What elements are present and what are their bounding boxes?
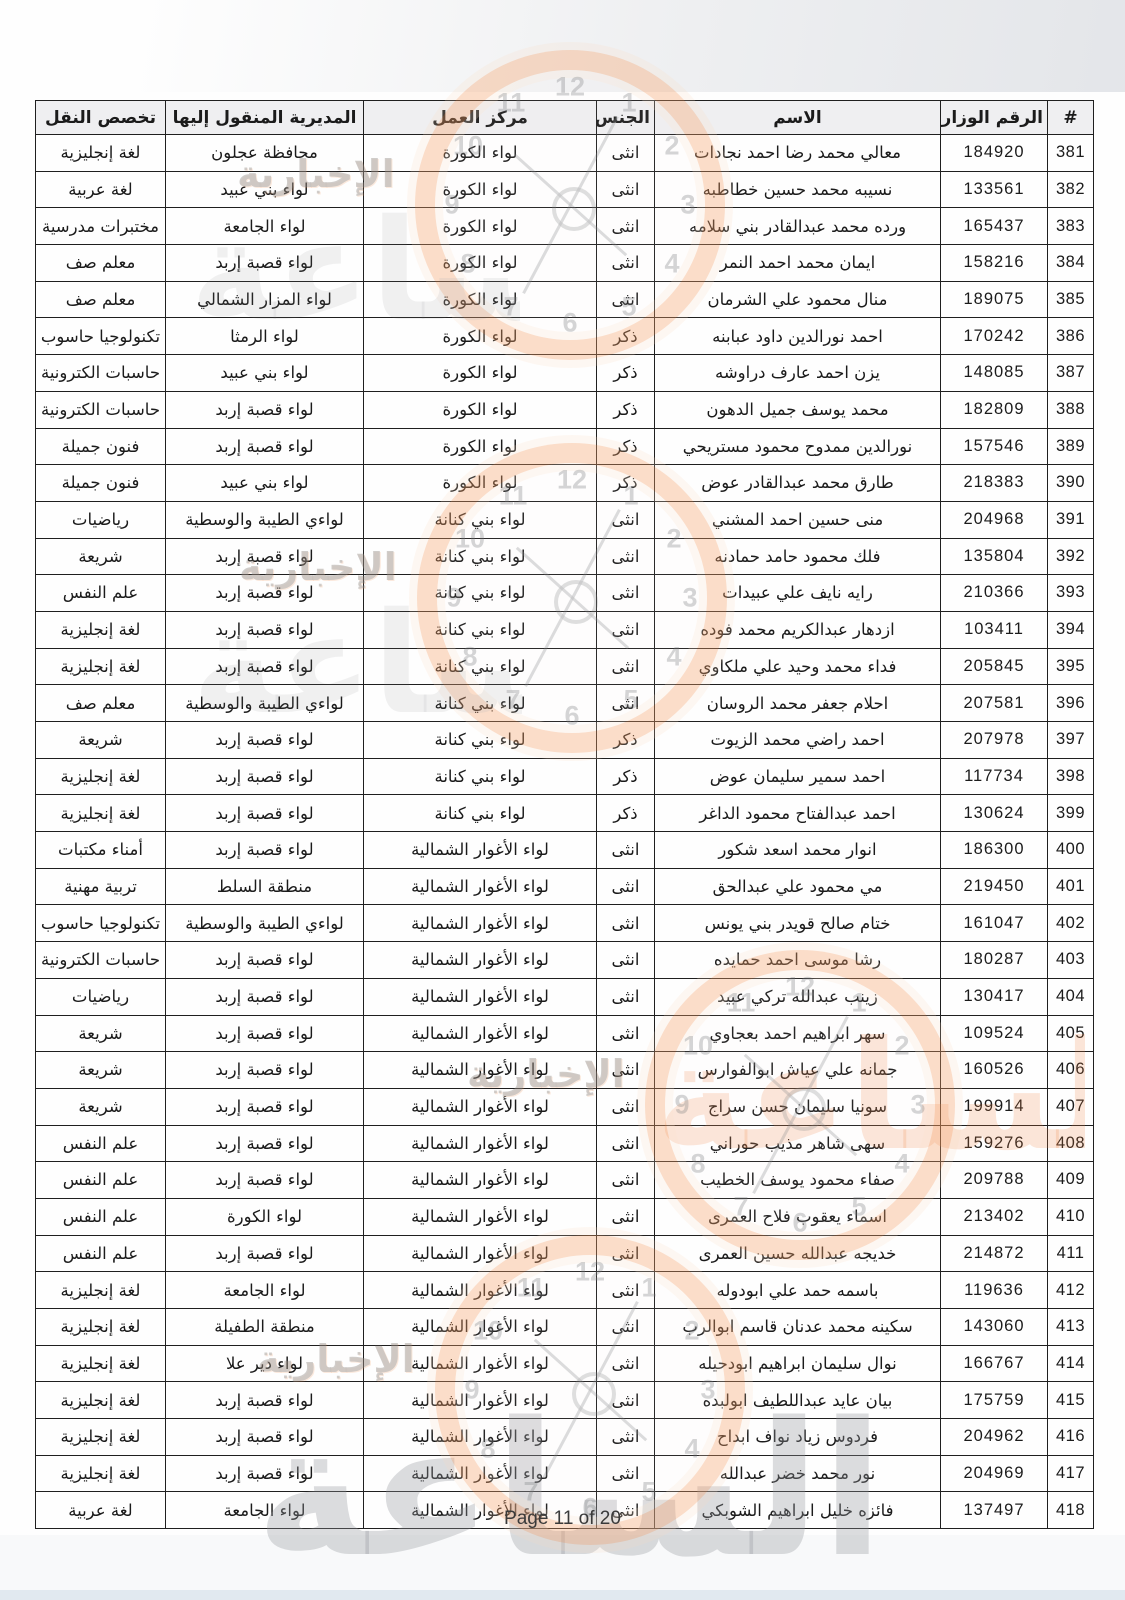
cell-ministry-number: 103411 <box>941 611 1048 648</box>
cell-name: احمد نورالدين داود عبابنه <box>655 318 941 355</box>
cell-work-center: لواء الأغوار الشمالية <box>364 868 597 905</box>
cell-work-center: لواء الأغوار الشمالية <box>364 905 597 942</box>
cell-name: احمد عبدالفتاح محمود الداغر <box>655 795 941 832</box>
cell-specialization: لغة إنجليزية <box>36 1272 166 1309</box>
table-row: 416 204962 فردوس زياد نواف ابداح انثى لو… <box>36 1419 1094 1456</box>
cell-directorate: لواء الجامعة <box>166 208 364 245</box>
header-gender: الجنس <box>597 101 655 135</box>
cell-row-number: 384 <box>1048 245 1094 282</box>
cell-directorate: لواء الكورة <box>166 1198 364 1235</box>
cell-specialization: أمناء مكتبات <box>36 832 166 869</box>
table-row: 389 157546 نورالدين ممدوح محمود مستريحي … <box>36 428 1094 465</box>
cell-work-center: لواء الكورة <box>364 171 597 208</box>
cell-row-number: 398 <box>1048 758 1094 795</box>
table-row: 381 184920 معالي محمد رضا احمد نجادات ان… <box>36 135 1094 172</box>
cell-specialization: لغة إنجليزية <box>36 135 166 172</box>
table-row: 409 209788 صفاء محمود يوسف الخطيب انثى ل… <box>36 1162 1094 1199</box>
table-row: 414 166767 نوال سليمان ابراهيم ابودحيله … <box>36 1345 1094 1382</box>
cell-specialization: شريعة <box>36 1052 166 1089</box>
cell-gender: انثى <box>597 905 655 942</box>
cell-gender: انثى <box>597 1235 655 1272</box>
cell-work-center: لواء بني كنانة <box>364 575 597 612</box>
cell-work-center: لواء الأغوار الشمالية <box>364 1455 597 1492</box>
table-row: 413 143060 سكينه محمد عدنان قاسم ابوالرب… <box>36 1309 1094 1346</box>
cell-row-number: 408 <box>1048 1125 1094 1162</box>
table-row: 415 175759 بيان عايد عبداللطيف ابولبده ا… <box>36 1382 1094 1419</box>
table-row: 396 207581 احلام جعفر محمد الروسان انثى … <box>36 685 1094 722</box>
cell-directorate: لواء قصبة إربد <box>166 1419 364 1456</box>
table-row: 392 135804 فلك محمود حامد حمادنه انثى لو… <box>36 538 1094 575</box>
cell-ministry-number: 209788 <box>941 1162 1048 1199</box>
cell-gender: انثى <box>597 1162 655 1199</box>
cell-directorate: لواء دير علا <box>166 1345 364 1382</box>
table-row: 394 103411 ازدهار عبدالكريم محمد فوده ان… <box>36 611 1094 648</box>
cell-work-center: لواء الأغوار الشمالية <box>364 1088 597 1125</box>
cell-row-number: 394 <box>1048 611 1094 648</box>
cell-directorate: لواءي الطيبة والوسطية <box>166 685 364 722</box>
cell-ministry-number: 143060 <box>941 1309 1048 1346</box>
cell-directorate: لواء قصبة إربد <box>166 1455 364 1492</box>
table-row: 403 180287 رشا موسى احمد حمايده انثى لوا… <box>36 942 1094 979</box>
cell-directorate: لواء قصبة إربد <box>166 722 364 759</box>
cell-work-center: لواء الكورة <box>364 318 597 355</box>
cell-directorate: لواءي الطيبة والوسطية <box>166 905 364 942</box>
cell-ministry-number: 204968 <box>941 501 1048 538</box>
cell-row-number: 413 <box>1048 1309 1094 1346</box>
cell-gender: انثى <box>597 1125 655 1162</box>
cell-directorate: لواء قصبة إربد <box>166 611 364 648</box>
cell-work-center: لواء بني كنانة <box>364 795 597 832</box>
cell-name: معالي محمد رضا احمد نجادات <box>655 135 941 172</box>
cell-gender: انثى <box>597 611 655 648</box>
header-work-center: مركز العمل <box>364 101 597 135</box>
table-row: 393 210366 رايه نايف علي عبيدات انثى لوا… <box>36 575 1094 612</box>
page-number-footer: Page 11 of 20 <box>0 1508 1125 1530</box>
cell-specialization: حاسبات الكترونية <box>36 942 166 979</box>
cell-name: احمد سمير سليمان عوض <box>655 758 941 795</box>
cell-gender: انثى <box>597 135 655 172</box>
cell-row-number: 392 <box>1048 538 1094 575</box>
cell-directorate: لواء قصبة إربد <box>166 978 364 1015</box>
table-row: 391 204968 منى حسين احمد المشني انثى لوا… <box>36 501 1094 538</box>
cell-work-center: لواء الأغوار الشمالية <box>364 1419 597 1456</box>
table-body: 381 184920 معالي محمد رضا احمد نجادات ان… <box>36 135 1094 1529</box>
cell-work-center: لواء الأغوار الشمالية <box>364 1345 597 1382</box>
cell-name: باسمه حمد علي ابودوله <box>655 1272 941 1309</box>
cell-directorate: لواء قصبة إربد <box>166 245 364 282</box>
table-row: 411 214872 خديجه عبدالله حسين العمرى انث… <box>36 1235 1094 1272</box>
cell-specialization: لغة إنجليزية <box>36 1382 166 1419</box>
cell-work-center: لواء بني كنانة <box>364 611 597 648</box>
cell-work-center: لواء الأغوار الشمالية <box>364 1162 597 1199</box>
table-row: 400 186300 انوار محمد اسعد شكور انثى لوا… <box>36 832 1094 869</box>
cell-gender: انثى <box>597 685 655 722</box>
cell-work-center: لواء الأغوار الشمالية <box>364 1015 597 1052</box>
cell-gender: ذكر <box>597 428 655 465</box>
cell-specialization: تكنولوجيا حاسوب <box>36 318 166 355</box>
cell-directorate: لواء قصبة إربد <box>166 538 364 575</box>
cell-gender: ذكر <box>597 318 655 355</box>
cell-name: محمد يوسف جميل الدهون <box>655 391 941 428</box>
cell-gender: انثى <box>597 208 655 245</box>
cell-row-number: 383 <box>1048 208 1094 245</box>
cell-name: خديجه عبدالله حسين العمرى <box>655 1235 941 1272</box>
cell-name: سهر ابراهيم احمد بعجاوي <box>655 1015 941 1052</box>
table-row: 401 219450 مي محمود علي عبدالحق انثى لوا… <box>36 868 1094 905</box>
cell-directorate: لواء الرمثا <box>166 318 364 355</box>
cell-gender: انثى <box>597 245 655 282</box>
cell-specialization: فنون جميلة <box>36 428 166 465</box>
cell-specialization: لغة إنجليزية <box>36 795 166 832</box>
cell-directorate: لواء قصبة إربد <box>166 1088 364 1125</box>
cell-specialization: حاسبات الكترونية <box>36 391 166 428</box>
cell-specialization: لغة عربية <box>36 171 166 208</box>
cell-ministry-number: 207581 <box>941 685 1048 722</box>
cell-directorate: لواء بني عبيد <box>166 171 364 208</box>
cell-ministry-number: 180287 <box>941 942 1048 979</box>
table-row: 408 159276 سهى شاهر مذيب حوراني انثى لوا… <box>36 1125 1094 1162</box>
cell-ministry-number: 213402 <box>941 1198 1048 1235</box>
cell-specialization: لغة إنجليزية <box>36 1345 166 1382</box>
cell-gender: انثى <box>597 538 655 575</box>
cell-row-number: 385 <box>1048 281 1094 318</box>
table-row: 417 204969 نور محمد خضر عبدالله انثى لوا… <box>36 1455 1094 1492</box>
cell-row-number: 409 <box>1048 1162 1094 1199</box>
header-ministry-number: الرقم الوزاري <box>941 101 1048 135</box>
cell-work-center: لواء الكورة <box>364 208 597 245</box>
table-row: 385 189075 منال محمود علي الشرمان انثى ل… <box>36 281 1094 318</box>
cell-gender: ذكر <box>597 391 655 428</box>
cell-ministry-number: 109524 <box>941 1015 1048 1052</box>
cell-gender: انثى <box>597 832 655 869</box>
cell-directorate: لواء قصبة إربد <box>166 1052 364 1089</box>
cell-specialization: حاسبات الكترونية <box>36 355 166 392</box>
cell-work-center: لواء الكورة <box>364 391 597 428</box>
cell-row-number: 399 <box>1048 795 1094 832</box>
cell-specialization: علم النفس <box>36 1125 166 1162</box>
cell-work-center: لواء بني كنانة <box>364 758 597 795</box>
cell-specialization: علم النفس <box>36 1162 166 1199</box>
cell-specialization: لغة إنجليزية <box>36 758 166 795</box>
cell-name: احلام جعفر محمد الروسان <box>655 685 941 722</box>
cell-ministry-number: 133561 <box>941 171 1048 208</box>
cell-specialization: لغة إنجليزية <box>36 611 166 648</box>
cell-row-number: 382 <box>1048 171 1094 208</box>
cell-specialization: شريعة <box>36 1015 166 1052</box>
cell-ministry-number: 117734 <box>941 758 1048 795</box>
cell-specialization: علم النفس <box>36 1235 166 1272</box>
cell-specialization: شريعة <box>36 538 166 575</box>
cell-specialization: معلم صف <box>36 685 166 722</box>
cell-specialization: شريعة <box>36 1088 166 1125</box>
cell-directorate: لواء قصبة إربد <box>166 758 364 795</box>
table-row: 382 133561 نسيبه محمد حسين خطاطبه انثى ل… <box>36 171 1094 208</box>
table-row: 387 148085 يزن احمد عارف دراوشه ذكر لواء… <box>36 355 1094 392</box>
cell-name: ايمان محمد احمد النمر <box>655 245 941 282</box>
cell-name: فلك محمود حامد حمادنه <box>655 538 941 575</box>
table-row: 402 161047 ختام صالح قويدر بني يونس انثى… <box>36 905 1094 942</box>
table-row: 412 119636 باسمه حمد علي ابودوله انثى لو… <box>36 1272 1094 1309</box>
table-row: 404 130417 زينب عبدالله تركي عبيد انثى ل… <box>36 978 1094 1015</box>
cell-ministry-number: 170242 <box>941 318 1048 355</box>
table-header: # الرقم الوزاري الاسم الجنس مركز العمل ا… <box>36 101 1094 135</box>
cell-name: سكينه محمد عدنان قاسم ابوالرب <box>655 1309 941 1346</box>
cell-work-center: لواء بني كنانة <box>364 501 597 538</box>
cell-row-number: 390 <box>1048 465 1094 502</box>
cell-directorate: لواء قصبة إربد <box>166 795 364 832</box>
cell-name: ازدهار عبدالكريم محمد فوده <box>655 611 941 648</box>
cell-ministry-number: 218383 <box>941 465 1048 502</box>
cell-row-number: 406 <box>1048 1052 1094 1089</box>
cell-gender: انثى <box>597 501 655 538</box>
cell-directorate: لواء قصبة إربد <box>166 1125 364 1162</box>
cell-work-center: لواء الأغوار الشمالية <box>364 1272 597 1309</box>
scan-shading-bottom-soft <box>0 1535 1125 1590</box>
header-directorate: المديرية المنقول إليها <box>166 101 364 135</box>
cell-specialization: شريعة <box>36 722 166 759</box>
cell-gender: ذكر <box>597 722 655 759</box>
cell-directorate: منطقة الطفيلة <box>166 1309 364 1346</box>
scan-shading-bottom <box>0 1590 1125 1600</box>
cell-ministry-number: 210366 <box>941 575 1048 612</box>
cell-row-number: 417 <box>1048 1455 1094 1492</box>
cell-gender: ذكر <box>597 355 655 392</box>
cell-specialization: مختبرات مدرسية <box>36 208 166 245</box>
cell-row-number: 414 <box>1048 1345 1094 1382</box>
cell-directorate: لواء قصبة إربد <box>166 832 364 869</box>
cell-name: نوال سليمان ابراهيم ابودحيله <box>655 1345 941 1382</box>
cell-row-number: 387 <box>1048 355 1094 392</box>
cell-row-number: 391 <box>1048 501 1094 538</box>
cell-gender: انثى <box>597 1015 655 1052</box>
cell-work-center: لواء الأغوار الشمالية <box>364 1382 597 1419</box>
cell-row-number: 405 <box>1048 1015 1094 1052</box>
cell-gender: انثى <box>597 1272 655 1309</box>
cell-specialization: فنون جميلة <box>36 465 166 502</box>
cell-gender: انثى <box>597 1382 655 1419</box>
table-row: 406 160526 جمانه علي عياش ابوالفوارس انث… <box>36 1052 1094 1089</box>
cell-row-number: 404 <box>1048 978 1094 1015</box>
cell-ministry-number: 219450 <box>941 868 1048 905</box>
cell-ministry-number: 184920 <box>941 135 1048 172</box>
cell-work-center: لواء الأغوار الشمالية <box>364 1309 597 1346</box>
cell-directorate: لواء قصبة إربد <box>166 1235 364 1272</box>
cell-specialization: علم النفس <box>36 575 166 612</box>
cell-ministry-number: 214872 <box>941 1235 1048 1272</box>
cell-ministry-number: 160526 <box>941 1052 1048 1089</box>
cell-directorate: لواء المزار الشمالي <box>166 281 364 318</box>
cell-name: مي محمود علي عبدالحق <box>655 868 941 905</box>
cell-name: انوار محمد اسعد شكور <box>655 832 941 869</box>
cell-ministry-number: 130624 <box>941 795 1048 832</box>
cell-name: ختام صالح قويدر بني يونس <box>655 905 941 942</box>
cell-name: ورده محمد عبدالقادر بني سلامه <box>655 208 941 245</box>
cell-gender: انثى <box>597 1309 655 1346</box>
cell-directorate: لواء قصبة إربد <box>166 648 364 685</box>
cell-directorate: لواءي الطيبة والوسطية <box>166 501 364 538</box>
cell-row-number: 402 <box>1048 905 1094 942</box>
cell-name: رايه نايف علي عبيدات <box>655 575 941 612</box>
cell-specialization: رياضيات <box>36 978 166 1015</box>
cell-name: نسيبه محمد حسين خطاطبه <box>655 171 941 208</box>
cell-directorate: لواء قصبة إربد <box>166 428 364 465</box>
cell-name: نور محمد خضر عبدالله <box>655 1455 941 1492</box>
cell-row-number: 407 <box>1048 1088 1094 1125</box>
cell-directorate: لواء قصبة إربد <box>166 1015 364 1052</box>
cell-ministry-number: 189075 <box>941 281 1048 318</box>
cell-name: جمانه علي عياش ابوالفوارس <box>655 1052 941 1089</box>
table-row: 395 205845 فداء محمد وحيد علي ملكاوي انث… <box>36 648 1094 685</box>
cell-specialization: لغة إنجليزية <box>36 1419 166 1456</box>
cell-work-center: لواء الأغوار الشمالية <box>364 942 597 979</box>
cell-gender: انثى <box>597 1419 655 1456</box>
table-row: 383 165437 ورده محمد عبدالقادر بني سلامه… <box>36 208 1094 245</box>
cell-work-center: لواء الكورة <box>364 355 597 392</box>
cell-directorate: لواء قصبة إربد <box>166 391 364 428</box>
table-row: 388 182809 محمد يوسف جميل الدهون ذكر لوا… <box>36 391 1094 428</box>
cell-ministry-number: 130417 <box>941 978 1048 1015</box>
cell-work-center: لواء بني كنانة <box>364 685 597 722</box>
cell-directorate: محافظة عجلون <box>166 135 364 172</box>
table-row: 407 199914 سونيا سليمان حسن سراج انثى لو… <box>36 1088 1094 1125</box>
cell-gender: انثى <box>597 575 655 612</box>
cell-specialization: معلم صف <box>36 281 166 318</box>
cell-name: رشا موسى احمد حمايده <box>655 942 941 979</box>
header-name: الاسم <box>655 101 941 135</box>
cell-gender: ذكر <box>597 795 655 832</box>
cell-name: سونيا سليمان حسن سراج <box>655 1088 941 1125</box>
cell-work-center: لواء الأغوار الشمالية <box>364 1052 597 1089</box>
cell-row-number: 393 <box>1048 575 1094 612</box>
cell-specialization: علم النفس <box>36 1198 166 1235</box>
cell-name: نورالدين ممدوح محمود مستريحي <box>655 428 941 465</box>
table-row: 410 213402 اسماء يعقوب فلاح العمرى انثى … <box>36 1198 1094 1235</box>
cell-name: زينب عبدالله تركي عبيد <box>655 978 941 1015</box>
cell-ministry-number: 119636 <box>941 1272 1048 1309</box>
cell-name: احمد راضي محمد الزيوت <box>655 722 941 759</box>
cell-row-number: 395 <box>1048 648 1094 685</box>
cell-work-center: لواء الكورة <box>364 135 597 172</box>
table-header-row: # الرقم الوزاري الاسم الجنس مركز العمل ا… <box>36 101 1094 135</box>
cell-gender: انثى <box>597 171 655 208</box>
cell-ministry-number: 175759 <box>941 1382 1048 1419</box>
cell-ministry-number: 148085 <box>941 355 1048 392</box>
cell-gender: ذكر <box>597 758 655 795</box>
cell-work-center: لواء بني كنانة <box>364 648 597 685</box>
cell-ministry-number: 204962 <box>941 1419 1048 1456</box>
cell-work-center: لواء الأغوار الشمالية <box>364 1198 597 1235</box>
cell-gender: انثى <box>597 942 655 979</box>
cell-name: منى حسين احمد المشني <box>655 501 941 538</box>
cell-name: يزن احمد عارف دراوشه <box>655 355 941 392</box>
cell-ministry-number: 205845 <box>941 648 1048 685</box>
cell-row-number: 416 <box>1048 1419 1094 1456</box>
cell-ministry-number: 207978 <box>941 722 1048 759</box>
scanned-document-page: # الرقم الوزاري الاسم الجنس مركز العمل ا… <box>0 0 1125 1600</box>
cell-name: طارق محمد عبدالقادر عوض <box>655 465 941 502</box>
cell-work-center: لواء الأغوار الشمالية <box>364 978 597 1015</box>
cell-name: اسماء يعقوب فلاح العمرى <box>655 1198 941 1235</box>
cell-directorate: منطقة السلط <box>166 868 364 905</box>
cell-directorate: لواء الجامعة <box>166 1272 364 1309</box>
scan-shading-top <box>0 0 1125 92</box>
table-row: 390 218383 طارق محمد عبدالقادر عوض ذكر ل… <box>36 465 1094 502</box>
cell-gender: انثى <box>597 1198 655 1235</box>
cell-work-center: لواء الكورة <box>364 281 597 318</box>
cell-ministry-number: 165437 <box>941 208 1048 245</box>
cell-ministry-number: 159276 <box>941 1125 1048 1162</box>
cell-row-number: 411 <box>1048 1235 1094 1272</box>
cell-ministry-number: 157546 <box>941 428 1048 465</box>
cell-specialization: تكنولوجيا حاسوب <box>36 905 166 942</box>
cell-work-center: لواء الكورة <box>364 245 597 282</box>
cell-work-center: لواء الأغوار الشمالية <box>364 1125 597 1162</box>
cell-row-number: 400 <box>1048 832 1094 869</box>
cell-ministry-number: 204969 <box>941 1455 1048 1492</box>
cell-ministry-number: 186300 <box>941 832 1048 869</box>
cell-specialization: لغة إنجليزية <box>36 648 166 685</box>
cell-directorate: لواء بني عبيد <box>166 355 364 392</box>
cell-row-number: 389 <box>1048 428 1094 465</box>
cell-ministry-number: 161047 <box>941 905 1048 942</box>
cell-gender: ذكر <box>597 465 655 502</box>
cell-row-number: 403 <box>1048 942 1094 979</box>
cell-gender: انثى <box>597 281 655 318</box>
table-row: 398 117734 احمد سمير سليمان عوض ذكر لواء… <box>36 758 1094 795</box>
cell-work-center: لواء الأغوار الشمالية <box>364 832 597 869</box>
cell-ministry-number: 182809 <box>941 391 1048 428</box>
cell-work-center: لواء الأغوار الشمالية <box>364 1235 597 1272</box>
cell-directorate: لواء قصبة إربد <box>166 1382 364 1419</box>
cell-gender: انثى <box>597 648 655 685</box>
cell-gender: انثى <box>597 1455 655 1492</box>
cell-row-number: 397 <box>1048 722 1094 759</box>
cell-ministry-number: 199914 <box>941 1088 1048 1125</box>
table-row: 405 109524 سهر ابراهيم احمد بعجاوي انثى … <box>36 1015 1094 1052</box>
cell-name: منال محمود علي الشرمان <box>655 281 941 318</box>
table-row: 397 207978 احمد راضي محمد الزيوت ذكر لوا… <box>36 722 1094 759</box>
cell-gender: انثى <box>597 1088 655 1125</box>
cell-work-center: لواء بني كنانة <box>364 538 597 575</box>
cell-directorate: لواء قصبة إربد <box>166 1162 364 1199</box>
cell-specialization: تربية مهنية <box>36 868 166 905</box>
cell-row-number: 386 <box>1048 318 1094 355</box>
cell-work-center: لواء الكورة <box>364 428 597 465</box>
transfer-table: # الرقم الوزاري الاسم الجنس مركز العمل ا… <box>35 100 1094 1529</box>
cell-name: صفاء محمود يوسف الخطيب <box>655 1162 941 1199</box>
header-row-number: # <box>1048 101 1094 135</box>
cell-specialization: رياضيات <box>36 501 166 538</box>
cell-row-number: 388 <box>1048 391 1094 428</box>
cell-gender: انثى <box>597 1052 655 1089</box>
cell-row-number: 401 <box>1048 868 1094 905</box>
cell-directorate: لواء قصبة إربد <box>166 942 364 979</box>
header-specialization: تخصص النقل <box>36 101 166 135</box>
cell-row-number: 415 <box>1048 1382 1094 1419</box>
cell-name: سهى شاهر مذيب حوراني <box>655 1125 941 1162</box>
cell-work-center: لواء الكورة <box>364 465 597 502</box>
cell-specialization: لغة إنجليزية <box>36 1455 166 1492</box>
cell-name: فداء محمد وحيد علي ملكاوي <box>655 648 941 685</box>
cell-specialization: لغة إنجليزية <box>36 1309 166 1346</box>
cell-name: فردوس زياد نواف ابداح <box>655 1419 941 1456</box>
cell-work-center: لواء بني كنانة <box>364 722 597 759</box>
table-row: 384 158216 ايمان محمد احمد النمر انثى لو… <box>36 245 1094 282</box>
cell-gender: انثى <box>597 1345 655 1382</box>
cell-row-number: 412 <box>1048 1272 1094 1309</box>
cell-specialization: معلم صف <box>36 245 166 282</box>
cell-directorate: لواء قصبة إربد <box>166 575 364 612</box>
